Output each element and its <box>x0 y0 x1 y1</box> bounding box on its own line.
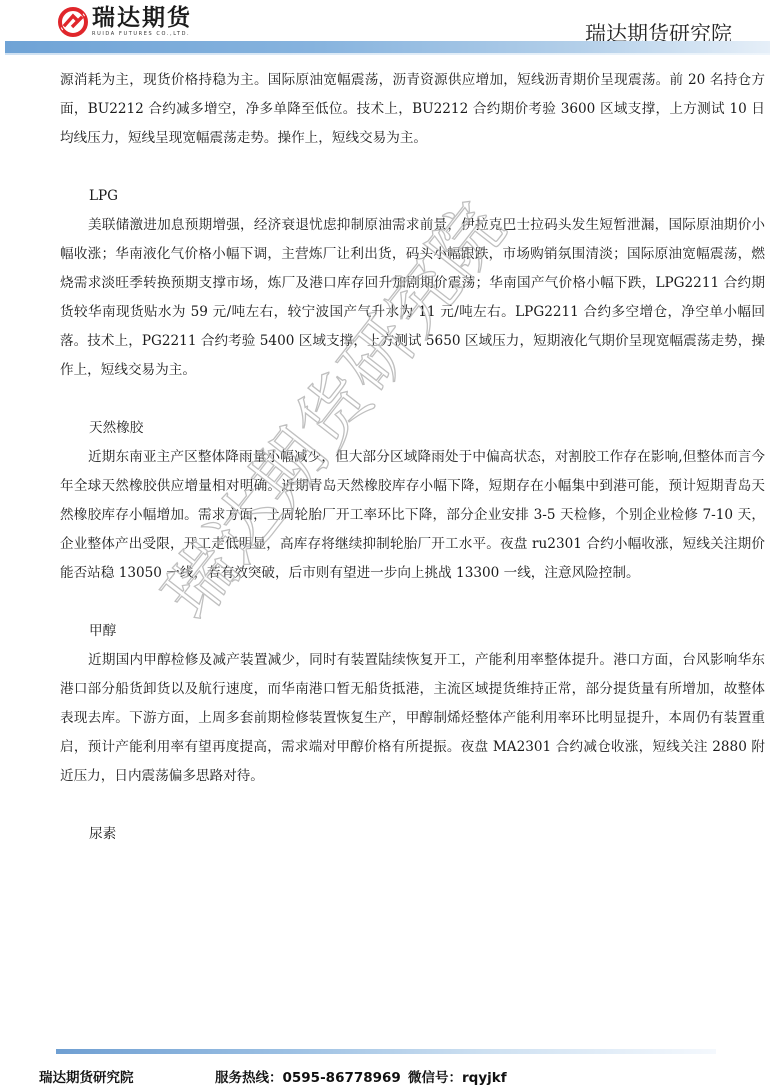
logo-en-text: RUIDA FUTURES CO.,LTD. <box>92 32 192 37</box>
section-title-urea: 尿素 <box>60 820 765 849</box>
page-header: 瑞达期货 RUIDA FUTURES CO.,LTD. 瑞达期货研究院 <box>0 0 770 60</box>
footer-wechat: 微信号：rqyjkf <box>408 1066 507 1086</box>
logo-cn-text: 瑞达期货 <box>92 7 192 30</box>
section-title-natural-rubber: 天然橡胶 <box>60 414 765 443</box>
page-footer: 瑞达期货研究院 服务热线：0595-86778969 微信号：rqyjkf <box>0 1063 770 1085</box>
spacer <box>60 385 765 414</box>
document-body: 源消耗为主，现货价格持稳为主。国际原油宽幅震荡，沥青资源供应增加，短线沥青期价呈… <box>60 66 765 849</box>
footer-org-name: 瑞达期货研究院 <box>39 1066 134 1086</box>
spacer <box>60 153 765 182</box>
intro-paragraph: 源消耗为主，现货价格持稳为主。国际原油宽幅震荡，沥青资源供应增加，短线沥青期价呈… <box>60 66 765 153</box>
header-divider <box>5 53 770 55</box>
section-title-methanol: 甲醇 <box>60 617 765 646</box>
section-body-natural-rubber: 近期东南亚主产区整体降雨量小幅减少，但大部分区域降雨处于中偏高状态，对割胶工作存… <box>60 443 765 588</box>
company-logo: 瑞达期货 RUIDA FUTURES CO.,LTD. <box>58 4 192 40</box>
footer-gradient-bar <box>56 1049 716 1054</box>
ruida-logo-icon <box>58 7 88 37</box>
header-gradient-bar <box>5 41 770 53</box>
footer-hotline: 服务热线：0595-86778969 <box>215 1066 401 1086</box>
section-body-methanol: 近期国内甲醇检修及减产装置减少，同时有装置陆续恢复开工，产能利用率整体提升。港口… <box>60 646 765 791</box>
spacer <box>60 791 765 820</box>
section-body-lpg: 美联储激进加息预期增强，经济衰退忧虑抑制原油需求前景，伊拉克巴士拉码头发生短暂泄… <box>60 211 765 385</box>
section-title-lpg: LPG <box>60 182 765 211</box>
spacer <box>60 588 765 617</box>
